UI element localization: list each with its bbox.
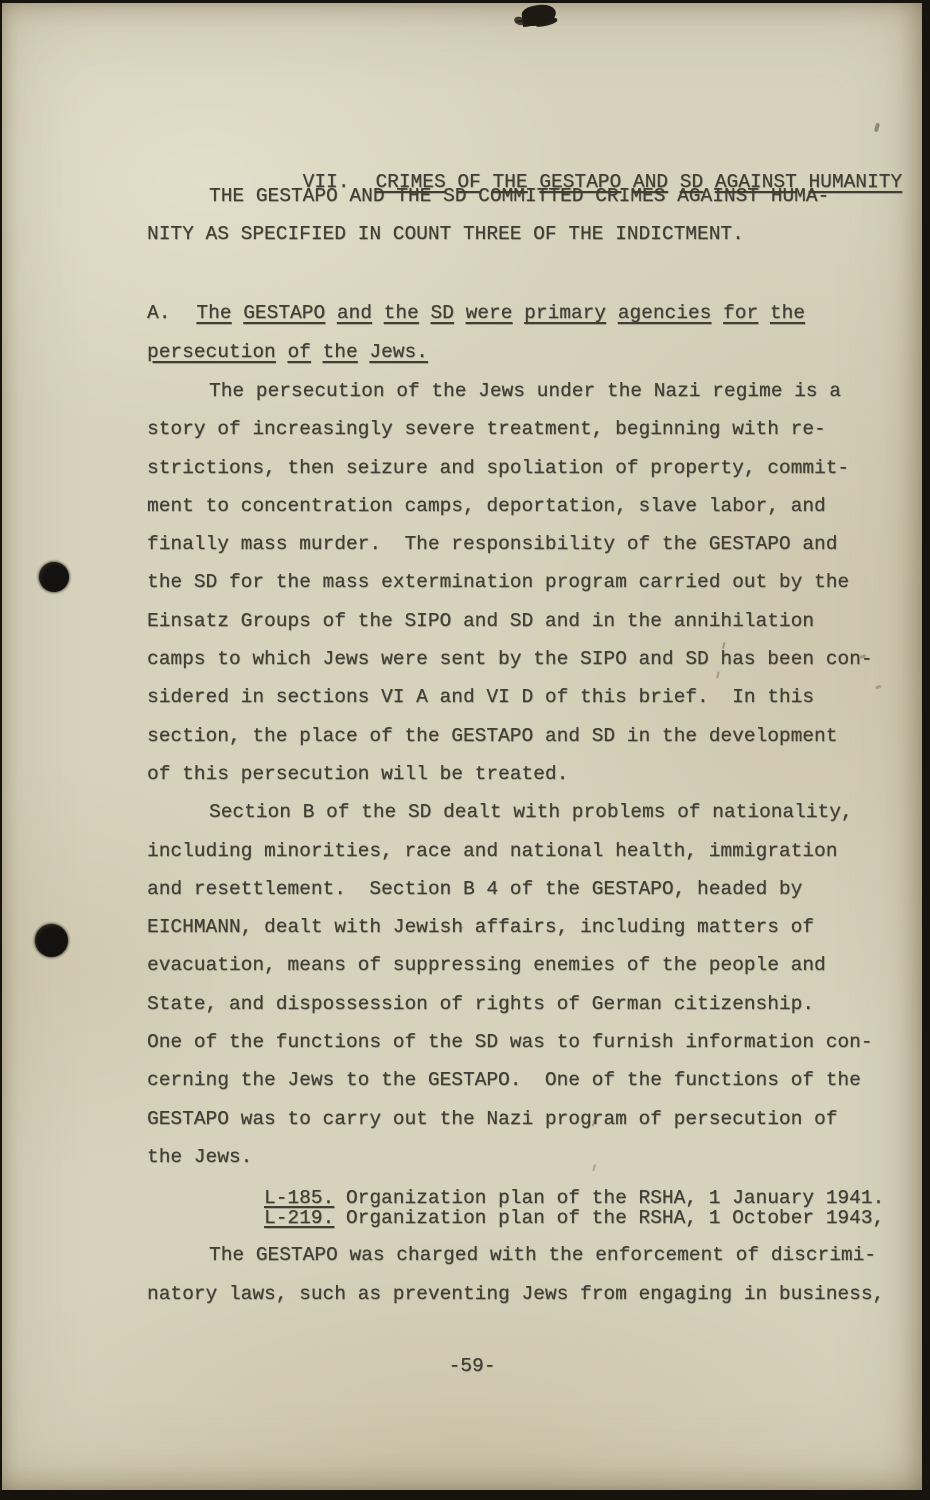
citation-line: L-219. Organization plan of the RSHA, 1 … <box>264 1209 884 1229</box>
page-number: -59- <box>147 1347 797 1385</box>
typewritten-content: VII.CRIMES OF THE GESTAPO AND SD AGAINST… <box>147 3 887 1490</box>
text-line: camps to which Jews were sent by the SIP… <box>147 640 873 678</box>
hole-punch-top <box>39 562 69 592</box>
text-line: THE GESTAPO AND THE SD COMMITTED CRIMES … <box>209 177 829 215</box>
text-line: NITY AS SPECIFIED IN COUNT THREE OF THE … <box>147 215 829 253</box>
text-line: GESTAPO was to carry out the Nazi progra… <box>147 1100 873 1138</box>
body-paragraphs: The persecution of the Jews under the Na… <box>147 372 873 1176</box>
text-line: The persecution of the Jews under the Na… <box>209 372 873 410</box>
text-line: story of increasingly severe treatment, … <box>147 410 873 448</box>
citation-block: L-185. Organization plan of the RSHA, 1 … <box>264 1189 884 1228</box>
text-line: EICHMANN, dealt with Jewish affairs, inc… <box>147 908 873 946</box>
text-line: natory laws, such as preventing Jews fro… <box>147 1275 884 1314</box>
scanned-document-page: VII.CRIMES OF THE GESTAPO AND SD AGAINST… <box>0 0 930 1500</box>
section-a-label: A. <box>147 302 170 324</box>
text-line: finally mass murder. The responsibility … <box>147 525 873 563</box>
section-a-title-line-1: The GESTAPO and the SD were primary agen… <box>196 302 805 324</box>
paper-sheet: VII.CRIMES OF THE GESTAPO AND SD AGAINST… <box>2 3 922 1490</box>
text-line: sidered in sections VI A and VI D of thi… <box>147 678 873 716</box>
text-line: strictions, then seizure and spoliation … <box>147 449 873 487</box>
text-line: evacuation, means of suppressing enemies… <box>147 946 873 984</box>
text-line: of this persecution will be treated. <box>147 755 873 793</box>
text-line: section, the place of the GESTAPO and SD… <box>147 717 873 755</box>
text-line: including minorities, race and national … <box>147 832 873 870</box>
text-line: the Jews. <box>147 1138 873 1176</box>
section-a-title-line-2: persecution of the Jews. <box>147 333 805 372</box>
intro-paragraph: THE GESTAPO AND THE SD COMMITTED CRIMES … <box>147 177 829 253</box>
text-line: the SD for the mass extermination progra… <box>147 563 873 601</box>
text-line: Einsatz Groups of the SIPO and SD and in… <box>147 602 873 640</box>
text-line: ment to concentration camps, deportation… <box>147 487 873 525</box>
text-line: The GESTAPO was charged with the enforce… <box>209 1236 884 1275</box>
text-line: Section B of the SD dealt with problems … <box>209 793 873 831</box>
hole-punch-bottom <box>35 924 68 957</box>
text-line: cerning the Jews to the GESTAPO. One of … <box>147 1061 873 1099</box>
citation-ref: L-219. <box>264 1207 334 1229</box>
text-line: One of the functions of the SD was to fu… <box>147 1023 873 1061</box>
closing-paragraph: The GESTAPO was charged with the enforce… <box>147 1236 884 1313</box>
text-line: A.The GESTAPO and the SD were primary ag… <box>147 294 805 333</box>
text-line: and resettlement. Section B 4 of the GES… <box>147 870 873 908</box>
citation-text: Organization plan of the RSHA, 1 October… <box>334 1207 884 1229</box>
section-a-heading: A.The GESTAPO and the SD were primary ag… <box>147 294 805 371</box>
text-line: State, and dispossession of rights of Ge… <box>147 985 873 1023</box>
